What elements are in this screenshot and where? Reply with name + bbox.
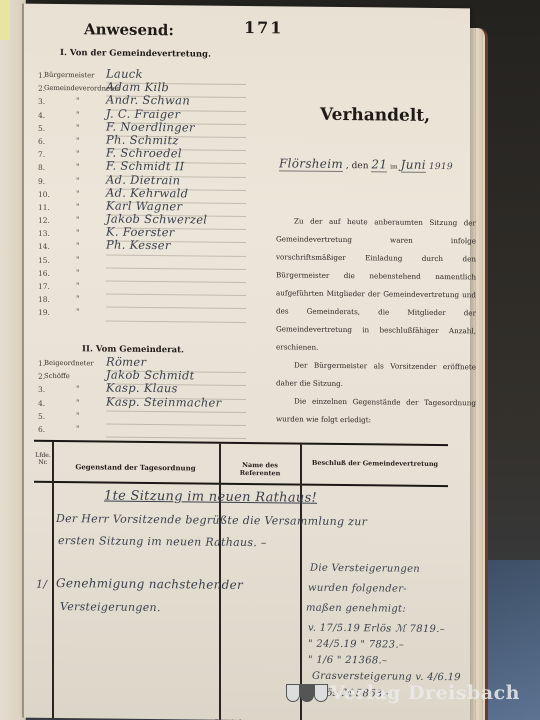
ditto-mark: " [76, 308, 80, 317]
ditto-mark: " [76, 176, 80, 185]
watermark: Verlag Dreisbach [330, 682, 520, 704]
row-number: 15. [38, 255, 50, 264]
ditto-mark: " [76, 149, 80, 158]
column-divider [300, 445, 302, 720]
proceedings-text: Zu der auf heute anberaumten Sitzung der… [276, 212, 476, 430]
row-number: 7. [38, 150, 50, 159]
proceedings-title: Verhandelt, [320, 105, 430, 126]
place: Flörsheim [279, 156, 343, 172]
row-number: 4. [38, 398, 50, 407]
row-number: 1/ [36, 578, 47, 591]
row-number: 12. [38, 216, 50, 225]
row-number: 17. [38, 282, 50, 291]
row-number: 19. [38, 308, 50, 317]
section2-title: II. Vom Gemeinderat. [82, 344, 184, 355]
ditto-mark: " [76, 202, 80, 211]
member-name: Lauck [106, 67, 143, 81]
ditto-mark: " [76, 385, 80, 394]
subject-line-2: Versteigerungen. [60, 600, 161, 614]
row-number: 18. [38, 295, 50, 304]
year: 1919 [429, 162, 453, 172]
row-number: 14. [38, 242, 50, 251]
ditto-mark: " [76, 163, 80, 172]
header-referent: Name des Referenten [221, 461, 299, 478]
place-date-line: Flörsheim , den 21 im Juni 1919 [279, 156, 453, 173]
row-number: 3. [38, 385, 50, 394]
ledger-page: 171 Anwesend: I. Von der Gemeindevertret… [22, 4, 470, 720]
row-number: 5. [38, 412, 50, 421]
table-top-rule [34, 440, 448, 446]
row-number: 6. [38, 425, 50, 434]
header-subject: Gegenstand der Tagesordnung [54, 462, 217, 473]
crest-icon [300, 684, 314, 702]
session-heading: 1te Sitzung im neuen Rathaus! [104, 489, 317, 506]
day: 21 [371, 157, 387, 172]
resolution-line: " 24/5.19 " 7823.– [308, 639, 404, 651]
member-name: Kasp. Steinmacher [106, 394, 221, 409]
resolution-line: v. 17/5.19 Erlös ℳ 7819.– [308, 623, 445, 635]
table-header-rule [34, 481, 448, 487]
row-number: 9. [38, 176, 50, 185]
resolution-line: wurden folgender- [308, 583, 407, 595]
ditto-mark: " [76, 242, 80, 251]
ditto-mark: " [76, 189, 80, 198]
attendance-heading: Anwesend: [84, 20, 174, 39]
member-name: Römer [106, 355, 146, 369]
ditto-mark: " [76, 255, 80, 264]
row-number: 11. [38, 203, 50, 212]
month: Juni [401, 158, 426, 173]
row-role: Bürgermeister [44, 71, 94, 80]
row-number: 8. [38, 163, 50, 172]
resolution-line: " 1/6 " 21368.– [308, 655, 387, 667]
intro-line-2: ersten Sitzung im neuen Rathaus. – [58, 534, 267, 549]
council-roster: 1.BürgermeisterLauck 2.Gemeindeverordnet… [36, 70, 246, 323]
row-number: 16. [38, 269, 50, 278]
header-resolution: Beschluß der Gemeindevertretung [302, 459, 448, 469]
row-number: 13. [38, 229, 50, 238]
header-nr: Lfde. Nr. [34, 452, 52, 466]
row-number: 5. [38, 124, 50, 133]
ditto-mark: " [76, 424, 80, 433]
ditto-mark: " [76, 411, 80, 420]
ditto-mark: " [76, 398, 80, 407]
chair-paragraph: Der Bürgermeister als Vorsitzender eröff… [276, 356, 476, 394]
resolution-line: Die Versteigerungen [310, 563, 420, 575]
im-label: im [390, 164, 398, 171]
resolution-line: maßen genehmigt: [306, 603, 406, 615]
ditto-mark: " [76, 294, 80, 303]
den-label: , den [346, 161, 369, 171]
roster-row: 6." [106, 424, 246, 439]
ditto-mark: " [76, 215, 80, 224]
ditto-mark: " [76, 281, 80, 290]
crest-icon [286, 684, 300, 702]
row-number: 6. [38, 137, 50, 146]
intro-line-1: Der Herr Vorsitzende begrüßte die Versam… [56, 512, 367, 528]
ditto-mark: " [76, 228, 80, 237]
row-number: 10. [38, 190, 50, 199]
subject-line-1: Genehmigung nachstehender [56, 576, 243, 592]
ditto-mark: " [76, 123, 80, 132]
agenda-paragraph: Die einzelnen Gegenstände der Tagesordnu… [276, 392, 476, 430]
row-number: 3. [38, 97, 50, 106]
ditto-mark: " [76, 110, 80, 119]
column-divider [52, 442, 54, 718]
opening-paragraph: Zu der auf heute anberaumten Sitzung der… [276, 212, 476, 358]
row-number: 4. [38, 110, 50, 119]
municipal-council-roster: 1.BeigeordneterRömer 2.SchöffeJakob Schm… [36, 358, 246, 439]
row-role: Beigeordneter [44, 359, 94, 368]
roster-row: 19." [106, 308, 246, 323]
section1-title: I. Von der Gemeindevertretung. [60, 48, 211, 60]
crest-icon [314, 684, 328, 702]
member-name: Ph. Kesser [106, 238, 171, 253]
ditto-mark: " [76, 268, 80, 277]
ditto-mark: " [76, 136, 80, 145]
ditto-mark: " [76, 97, 80, 106]
page-number: 171 [244, 18, 283, 37]
bookmark-tab [0, 0, 10, 40]
row-role: Schöffe [44, 372, 70, 380]
